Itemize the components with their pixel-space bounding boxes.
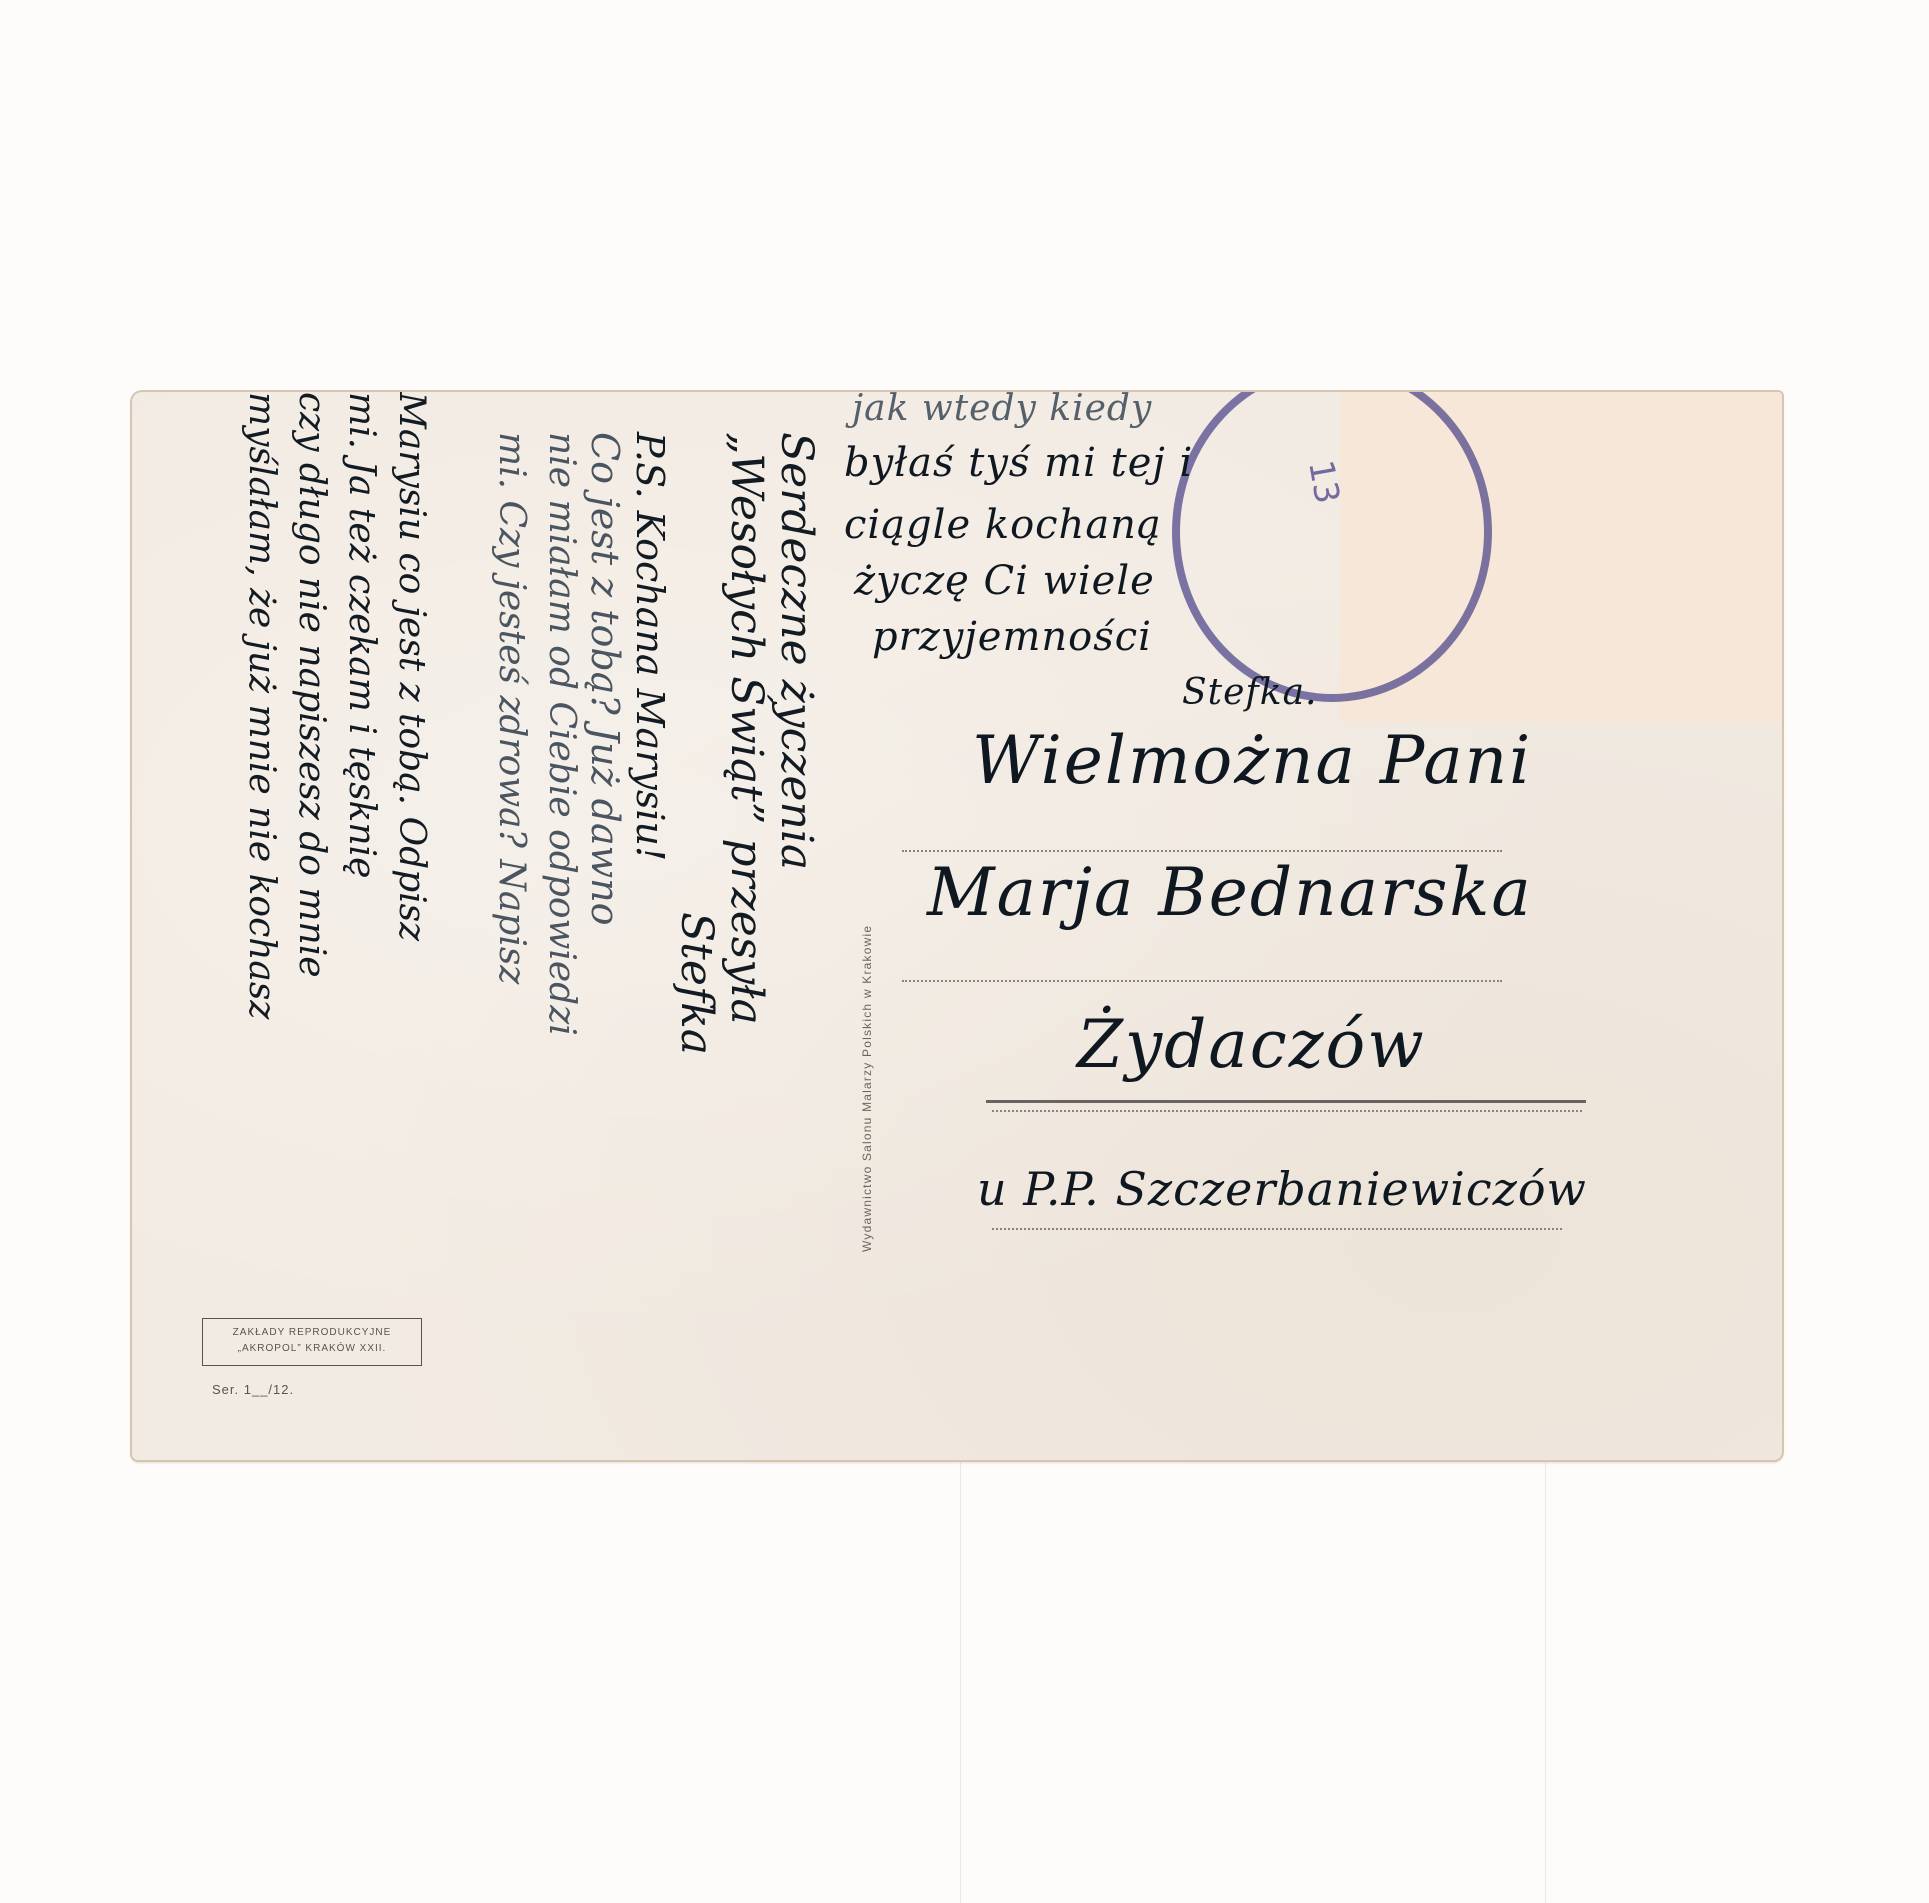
scan-streak	[1545, 1460, 1546, 1903]
postmark-date: 13	[1300, 457, 1347, 507]
message-line: życzę Ci wiele	[854, 558, 1155, 604]
message-column: nie miałam od Ciebie odpowiedzi	[541, 432, 582, 1036]
printer-box: ZAKŁADY REPRODUKCYJNE „AKROPOL” KRAKÓW X…	[202, 1318, 422, 1366]
address-name: Marja Bednarska	[927, 854, 1533, 931]
scan-streak	[960, 1460, 961, 1903]
postcard: 13 Wydawnictwo Salonu Malarzy Polskich w…	[132, 392, 1782, 1460]
address-salutation: Wielmożna Pani	[972, 722, 1532, 799]
message-column: mi. Ja też czekam i tęsknię	[341, 392, 382, 878]
message-column: Marysiu co jest z tobą. Odpisz	[391, 392, 432, 941]
message-column: Stefka	[671, 912, 722, 1055]
message-line: jak wtedy kiedy	[852, 392, 1152, 429]
address-line	[902, 850, 1502, 852]
publisher-imprint-anchor: Wydawnictwo Salonu Malarzy Polskich w Kr…	[860, 1252, 880, 1253]
address-line	[902, 980, 1502, 982]
message-column: P.S. Kochana Marysiu!	[628, 432, 672, 861]
series-label: Ser. 1__/12.	[212, 1382, 294, 1397]
message-column: myślałam, że już mnie nie kochasz	[241, 392, 282, 1019]
address-line	[992, 1110, 1582, 1112]
printer-line-1: ZAKŁADY REPRODUKCYJNE	[203, 1325, 421, 1341]
message-column: Co jest z tobą? Już dawno	[583, 432, 627, 926]
printer-line-2: „AKROPOL” KRAKÓW XXII.	[203, 1341, 421, 1357]
address-line	[992, 1228, 1562, 1230]
message-signature: Stefka.	[1182, 672, 1317, 713]
message-line: byłaś tyś mi tej i	[844, 440, 1193, 486]
message-column: Serdeczne życzenia	[771, 432, 822, 870]
address-town: Żydaczów	[1077, 1006, 1426, 1083]
publisher-imprint: Wydawnictwo Salonu Malarzy Polskich w Kr…	[860, 925, 874, 1252]
message-column: „Wesołych Świąt” przesyła	[721, 432, 772, 1025]
message-line: przyjemności	[872, 614, 1152, 660]
message-line: ciągle kochaną	[844, 502, 1162, 548]
message-column: mi. Czy jesteś zdrowa? Napisz	[491, 432, 532, 984]
message-column: czy długo nie napiszesz do mnie	[291, 392, 332, 978]
address-underline	[986, 1100, 1586, 1103]
address-care-of: u P.P. Szczerbaniewiczów	[977, 1162, 1587, 1216]
